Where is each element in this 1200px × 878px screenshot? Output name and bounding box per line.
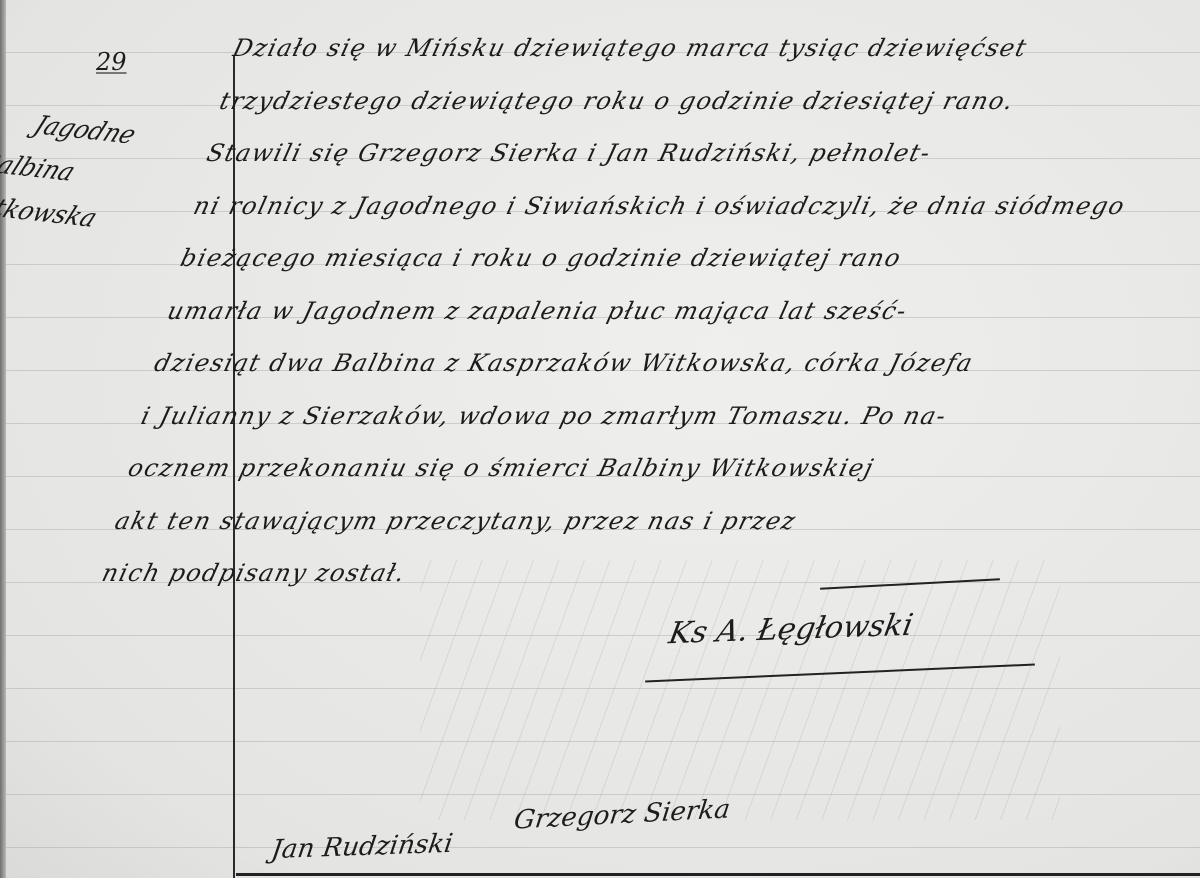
margin-names: Jagodne Balbina Witkowska <box>0 100 215 248</box>
body-line: Działo się w Mińsku dziewiątego marca ty… <box>227 22 1195 75</box>
body-line: akt ten stawającym przeczytany, przez na… <box>109 495 1077 548</box>
body-line: bieżącego miesiąca i roku o godzinie dzi… <box>175 232 1143 285</box>
body-line: ni rolnicy z Jagodnego i Siwiańskich i o… <box>188 180 1156 233</box>
witness-signature-1: Grzegorz Sierka <box>512 794 732 835</box>
body-line: i Julianny z Sierzaków, wdowa po zmarłym… <box>135 390 1103 443</box>
body-line: ocznem przekonaniu się o śmierci Balbiny… <box>122 442 1090 495</box>
official-signature: Ks A. Łęgłowski <box>666 608 916 651</box>
body-line: nich podpisany został. <box>96 547 1064 600</box>
entry-bottom-rule <box>236 873 1200 876</box>
body-line: dziesiąt dwa Balbina z Kasprzaków Witkow… <box>148 337 1116 390</box>
entry-body: Działo się w Mińsku dziewiątego marca ty… <box>96 22 1195 600</box>
entry-number: 29 <box>96 48 127 76</box>
body-line: Stawili się Grzegorz Sierka i Jan Rudziń… <box>201 127 1169 180</box>
witness-signature-2: Jan Rudziński <box>269 829 454 865</box>
body-line: trzydziestego dziewiątego roku o godzini… <box>214 75 1182 128</box>
register-page: 29 Jagodne Balbina Witkowska Działo się … <box>0 0 1200 878</box>
body-line: umarła w Jagodnem z zapalenia płuc mając… <box>161 285 1129 338</box>
signature-underline <box>645 663 1035 682</box>
